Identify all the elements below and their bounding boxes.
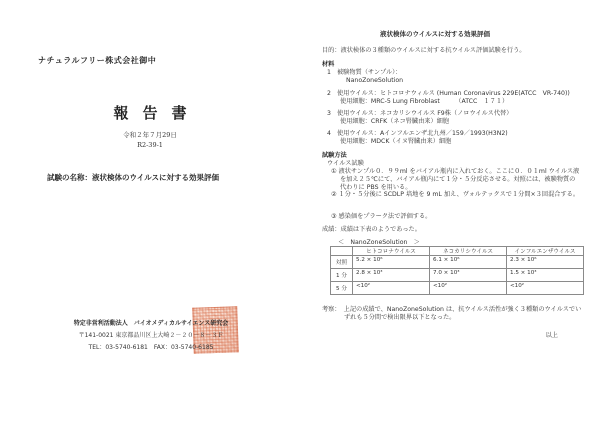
table-cell: <10² [353, 282, 430, 295]
method-step-1: ① 液状サンプル０．９９ml をバイアル瓶内に入れておく。ここに０．０１ml ウ… [331, 168, 581, 192]
materials-heading: 材料 [322, 61, 334, 69]
table-cell: <10² [430, 282, 507, 295]
method-step-3: ③ 感染価をプラーク法で評価する。 [331, 213, 581, 221]
material-item-number: 2 [327, 90, 331, 97]
column-header-coronavirus: ヒトコロナウイルス [353, 247, 430, 256]
results-table-caption: ＜ NanoZoneSolution ＞ [338, 237, 420, 246]
material-item-line: 被験物質（サンプル）： [337, 69, 401, 77]
row-label: 1 分 [331, 269, 353, 282]
column-header-calicivirus: ネコカリシウイルス [430, 247, 507, 256]
purpose-line: 目的：液状検体の３種類のウイルスに対する抗ウイルス評価試験を行う。 [322, 47, 525, 55]
method-heading: 試験方法 [322, 152, 347, 160]
material-item-number: 3 [327, 110, 331, 117]
table-cell: <10² [507, 282, 584, 295]
material-item-line: NanoZoneSolution [346, 77, 403, 85]
row-label: 5 分 [331, 282, 353, 295]
table-row-1min: 1 分 2.8 × 10³ 7.0 × 10³ 1.5 × 10³ [331, 269, 584, 282]
issuer-tel-fax: TEL：03-5740-6181 FAX：03-5740-6185 [0, 342, 302, 354]
table-row-5min: 5 分 <10² <10² <10² [331, 282, 584, 295]
issuer-block: 特定非営利活動法人 バイオメディカルサイエンス研究会 〒141-0021 東京都… [0, 318, 302, 354]
material-item-line: 使用細胞：MRC-5 Lung Fibroblast （ATCC １７１） [340, 98, 508, 106]
material-item-line: 使用ウイルス：ネコカリシウイルス F9株（ノロウイルス代替） [337, 110, 512, 118]
method-subheading: ウイルス試験 [327, 160, 364, 168]
material-item-line: 使用ウイルス：ヒトコロナウィルス (Human Coronavirus 229E… [337, 90, 570, 98]
table-cell: 5.2 × 10⁶ [353, 256, 430, 269]
table-header-row: ヒトコロナウイルス ネコカリシウイルス インフルエンザウイルス [331, 247, 584, 256]
column-header-influenza: インフルエンザウイルス [507, 247, 584, 256]
closing-word: 以上 [300, 330, 558, 339]
report-title: 報告書 [0, 102, 300, 123]
report-reference-number: R2-39-1 [0, 141, 300, 149]
issuer-address: 〒141-0021 東京都品川区上大崎２－２０－８－３Ｆ [0, 330, 302, 342]
row-label: 対照 [331, 256, 353, 269]
page-title: 液状検体のウイルスに対する効果評価 [300, 29, 570, 38]
report-cover-page: ナチュラルフリー株式会社御中 報告書 令和２年７月29日 R2-39-1 試験の… [0, 0, 300, 424]
scanned-report-spread: ナチュラルフリー株式会社御中 報告書 令和２年７月29日 R2-39-1 試験の… [0, 0, 600, 424]
material-item-number: 1 [327, 69, 331, 76]
table-corner-cell [331, 247, 353, 256]
table-cell: 7.0 × 10³ [430, 269, 507, 282]
method-step-2: ② １分・５分後に SCDLP 培地を 9 mL 加え、ヴォルテックスで１分間×… [331, 191, 581, 199]
table-cell: 1.5 × 10³ [507, 269, 584, 282]
material-item-line: 使用細胞：CRFK（ネコ腎臓由来）細胞 [340, 118, 449, 126]
discussion-paragraph: 考察： 上記の成績で、NanoZoneSolution は、抗ウイルス活性が強く… [322, 306, 584, 322]
report-date: 令和２年７月29日 [0, 130, 300, 139]
table-row-control: 対照 5.2 × 10⁶ 6.1 × 10⁶ 2.3 × 10⁶ [331, 256, 584, 269]
material-item-line: 使用ウイルス：Aインフルエンザ北九州／159／1993(H3N2) [337, 130, 508, 138]
report-body-page: 液状検体のウイルスに対する効果評価 目的：液状検体の３種類のウイルスに対する抗ウ… [300, 0, 600, 424]
results-table: ヒトコロナウイルス ネコカリシウイルス インフルエンザウイルス 対照 5.2 ×… [330, 246, 584, 295]
material-item-number: 4 [327, 130, 331, 137]
test-subject-line: 試験の名称：液状検体のウイルスに対する効果評価 [47, 172, 219, 183]
recipient-line: ナチュラルフリー株式会社御中 [38, 55, 156, 66]
issuer-organization: 特定非営利活動法人 バイオメディカルサイエンス研究会 [0, 318, 302, 330]
material-item-line: 使用細胞：MDCK（イヌ腎臓由来）細胞 [340, 138, 451, 146]
table-cell: 2.8 × 10³ [353, 269, 430, 282]
table-cell: 2.3 × 10⁶ [507, 256, 584, 269]
table-cell: 6.1 × 10⁶ [430, 256, 507, 269]
results-lead: 成績：成績は下表のようであった。 [322, 226, 421, 234]
